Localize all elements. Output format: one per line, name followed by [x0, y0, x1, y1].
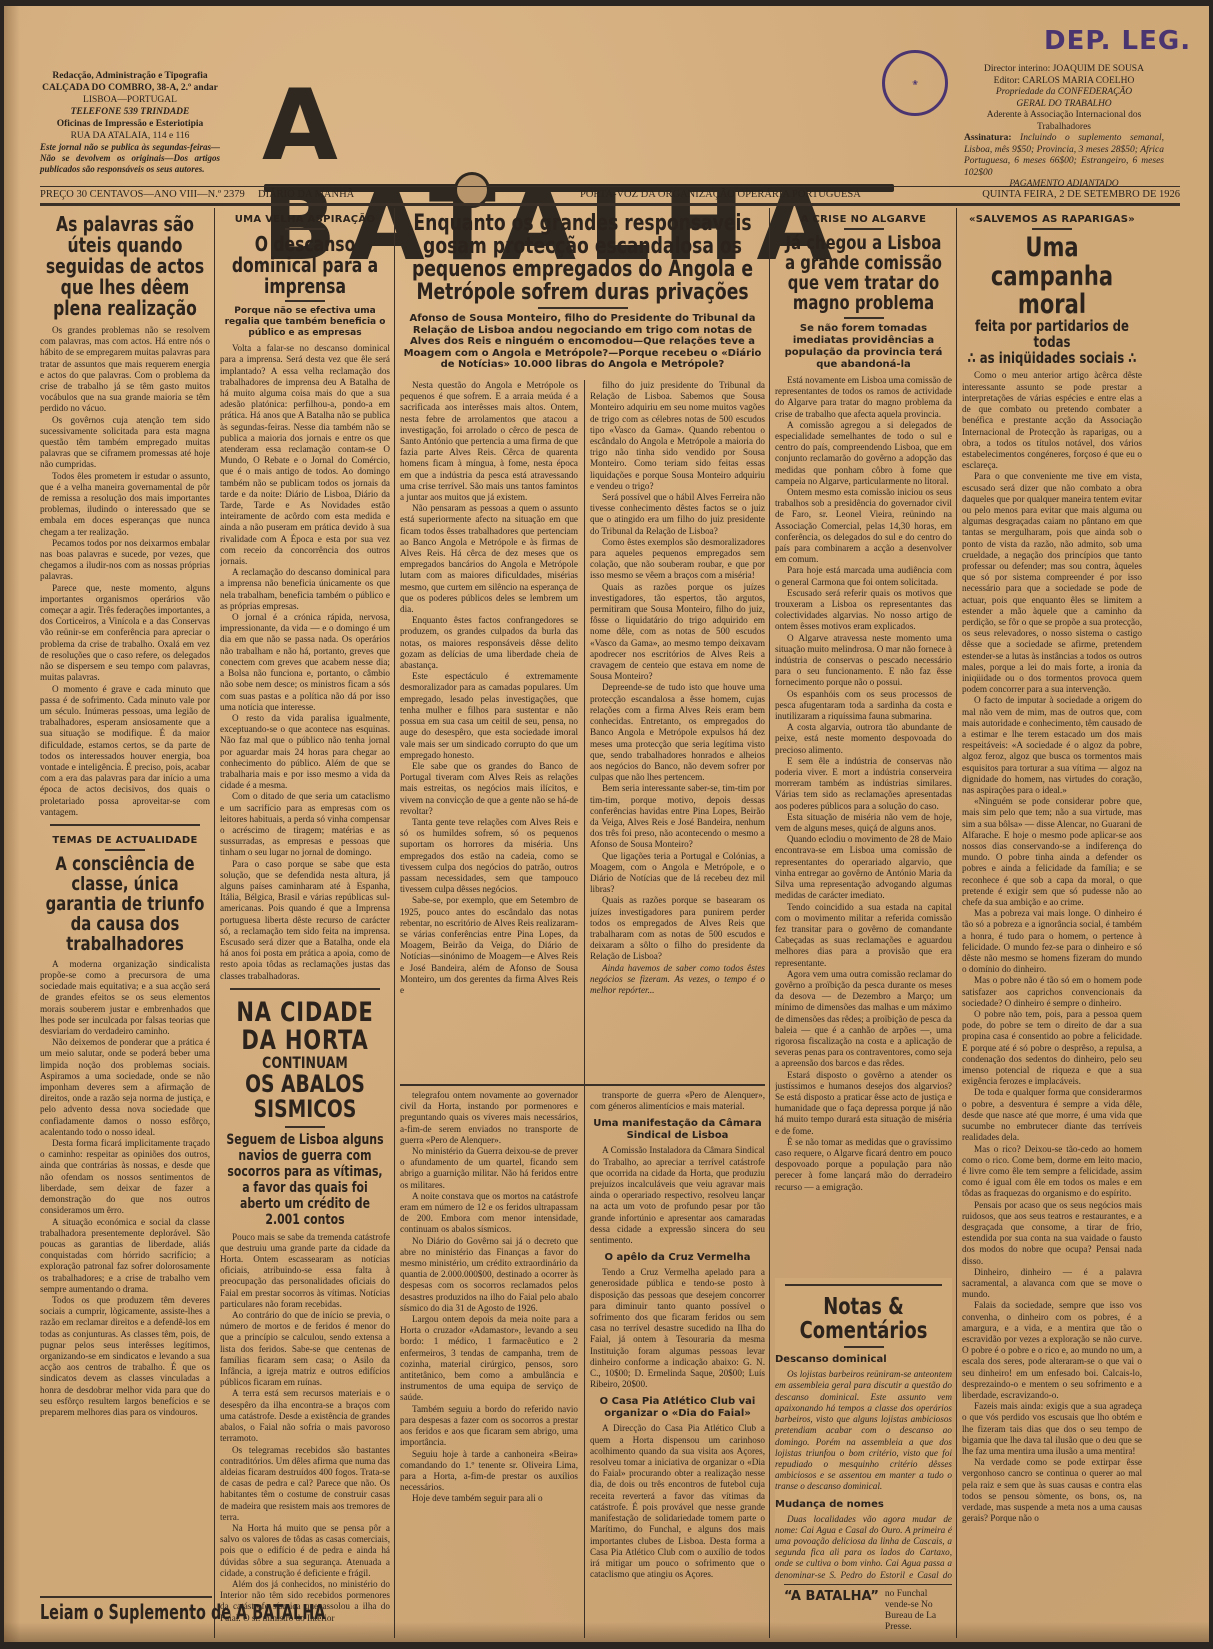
body-paragraph: Falais da sociedade, sempre que isso vos…: [962, 1300, 1142, 1401]
section-title: Notas & Comentários: [779, 1295, 948, 1343]
body-paragraph: E sem êle a indústria de conservas não p…: [775, 756, 952, 812]
body-paragraph: Hoje deve também seguir para ali o: [400, 1493, 578, 1504]
subheadline: ∴ as iniqüidades sociais ∴: [966, 351, 1138, 367]
body-paragraph: Os grandes problemas não se resolvem com…: [40, 325, 210, 415]
imprint-workshop-address: RUA DA ATALAIA, 114 e 116: [40, 130, 220, 142]
body-paragraph: Está novamente em Lisboa uma comissão de…: [775, 375, 952, 420]
subheading: Uma manifestação da Câmara Sindical de L…: [590, 1118, 765, 1142]
body-paragraph: A situação económica e social da classe …: [40, 1217, 210, 1295]
body-paragraph: Será possível que o hábil Alves Ferreira…: [590, 492, 765, 537]
separator: [844, 317, 884, 319]
headline: Enquanto os grandes responsaveis gosam p…: [409, 212, 756, 304]
separator: [844, 228, 884, 230]
editor-name: Editor: CARLOS MARIA COELHO: [964, 76, 1164, 88]
body-paragraph: No Diário do Govêrno sai já o decreto qu…: [400, 1236, 578, 1314]
body-paragraph: filho do juiz presidente do Tribunal da …: [590, 380, 765, 492]
body-paragraph: Este espectáculo é extremamente desmoral…: [400, 671, 578, 761]
kicker: «SALVEMOS AS RAPARIGAS»: [962, 214, 1142, 225]
ornament-rule: [230, 988, 380, 993]
legal-deposit-stamp: DEP. LEG.: [1044, 26, 1191, 56]
body-paragraph: É se não tomar as medidas que o gravíssi…: [775, 1137, 952, 1193]
body-paragraph: Fazeis mais ainda: exigis que a sua agra…: [962, 1401, 1142, 1457]
body-paragraph: A costa algarvia, outrora tão abundante …: [775, 722, 952, 756]
deck: Afonso de Sousa Monteiro, filho do Presi…: [400, 313, 765, 371]
body-paragraph: Todos êles prometem ir estudar o assunto…: [40, 471, 210, 538]
imprint-line: Redacção, Administração e Tipografia: [40, 70, 220, 82]
column-5: «SALVEMOS AS RAPARIGAS» Uma campanha mor…: [962, 208, 1142, 1638]
body-paragraph: Como o meu anterior artigo àcêrca dêste …: [962, 370, 1142, 471]
kicker: TEMAS DE ACTUALIDADE: [40, 835, 210, 846]
column-3c: telegrafou ontem novamente ao governador…: [400, 1090, 578, 1638]
body-paragraph: Ainda havemos de saber como todos êstes …: [590, 963, 765, 997]
deck: Seguem de Lisboa alguns navios de guerra…: [223, 1132, 387, 1228]
imprint-note: Este jornal não se publica às segundas-f…: [40, 142, 220, 175]
price-issue: PREÇO 30 CENTAVOS—ANO VIII—N.º 2379: [40, 189, 245, 200]
body-paragraph: Pecamos todos por nos deixarmos embalar …: [40, 538, 210, 583]
body-paragraph: Não deixemos de ponderar que a prática é…: [40, 1037, 210, 1138]
body-paragraph: A comissão agregou a si delegados de esp…: [775, 420, 952, 487]
page-fold-shadow: [4, 6, 20, 1642]
body-paragraph: Ontem mesmo esta comissão iniciou os seu…: [775, 487, 952, 565]
body-paragraph: O Algarve atravessa neste momento uma si…: [775, 633, 952, 689]
note-title: Mudança de nomes: [775, 1499, 952, 1511]
adherent-line: Aderente à Associação Internacional dos …: [964, 110, 1164, 133]
body-paragraph: Sabe-se, por exemplo, que em Setembro de…: [400, 895, 578, 996]
body-paragraph: O jornal é a crónica rápida, nervosa, im…: [220, 612, 390, 713]
body-paragraph: Seguiu hoje à tarde a canhoneira «Beira»…: [400, 1449, 578, 1494]
body-paragraph: Enquanto êstes factos confrangedores se …: [400, 615, 578, 671]
column-2: UMA VELHA ASPIRAÇÃO O descanso dominical…: [220, 208, 390, 1638]
body-paragraph: Como êstes exemplos são desmoralizadores…: [590, 537, 765, 582]
body-paragraph: Mas o pobre não é tão só em o homem pode…: [962, 975, 1142, 1009]
body-paragraph: A noite constava que os mortos na catást…: [400, 1191, 578, 1236]
note-body: Os lojistas barbeiros reüniram-se anteon…: [775, 1369, 952, 1492]
body-paragraph: Todos os que produzem têm deveres sociai…: [40, 1295, 210, 1418]
body-paragraph: O pobre não tem, pois, para a pessoa que…: [962, 1009, 1142, 1087]
separator: [285, 228, 325, 230]
body-paragraph: Volta a falar-se no descanso dominical p…: [220, 343, 390, 567]
body-paragraph: A terra está sem recursos materiais e o …: [220, 1388, 390, 1444]
ornament-rule: [785, 1284, 942, 1289]
imprint-city: LISBOA—PORTUGAL: [40, 94, 220, 106]
body-paragraph: Além dos já conhecidos, no ministério do…: [220, 1579, 390, 1624]
body-paragraph: Para o caso porque se sabe que esta solu…: [220, 859, 390, 982]
body-paragraph: Quando eclodiu o movimento de 28 de Maio…: [775, 834, 952, 901]
deck: Se não forem tomadas imediatas providênc…: [775, 323, 952, 371]
separator: [105, 849, 145, 851]
subheadline-text: as iniqüidades sociais: [980, 349, 1124, 367]
body-paragraph: Para hoje está marcada uma audiência com…: [775, 565, 952, 587]
body-paragraph: Desta forma ficará implicitamente traçad…: [40, 1138, 210, 1216]
body-paragraph: Tendo coincidido a sua estada na capital…: [775, 902, 952, 969]
deck: Porque não se efectiva uma regalia que t…: [220, 306, 390, 339]
separator: [285, 1126, 325, 1128]
body-paragraph: O facto de imputar à sociedade a origem …: [962, 695, 1142, 796]
column-3b: filho do juiz presidente do Tribunal da …: [590, 380, 765, 1080]
body-paragraph: Estará disposto o govêrno a atender os j…: [775, 1070, 952, 1137]
imprint-phone: TELEFONE 539 TRINDADE: [40, 106, 220, 118]
body-paragraph: Mas o rico? Deixou-se tão-cedo ao homem …: [962, 1144, 1142, 1200]
column-rule: [394, 208, 395, 1638]
body-paragraph: A reclamação do descanso dominical para …: [220, 567, 390, 612]
body-paragraph: Não pensaram as pessoas a quem o assunto…: [400, 503, 578, 615]
body-paragraph: Dinheiro, dinheiro — é a palavra sacrame…: [962, 1267, 1142, 1301]
body-paragraph: Parece que, neste momento, alguns import…: [40, 583, 210, 684]
body-paragraph: Com o ditado de que seria um cataclismo …: [220, 791, 390, 858]
body-paragraph: De toda e qualquer forma que considerarm…: [962, 1087, 1142, 1143]
headline: NA CIDADE DA HORTA: [223, 999, 387, 1056]
headline: O descanso dominical para a imprensa: [223, 234, 387, 297]
headline: OS ABALOS SISMICOS: [223, 1072, 387, 1122]
body-paragraph: Também seguiu a bordo do referido navio …: [400, 1404, 578, 1449]
issue-date: QUINTA FEIRA, 2 DE SETEMBRO DE 1926: [982, 189, 1180, 200]
body-paragraph: transporte de guerra «Pero de Alenquer»,…: [590, 1090, 765, 1112]
headline: Uma campanha moral: [966, 234, 1138, 319]
body-paragraph: telegrafou ontem novamente ao governador…: [400, 1090, 578, 1146]
promo-text: Leiam o Suplemento de A BATALHA: [40, 1600, 164, 1624]
body-paragraph: Quais as razões porque os juízes investi…: [590, 582, 765, 683]
masthead: A BATALHA: [254, 76, 894, 186]
separator: [1032, 228, 1072, 230]
separator: [285, 300, 325, 302]
dateline-bar: PREÇO 30 CENTAVOS—ANO VIII—N.º 2379 DIÁR…: [40, 186, 1180, 206]
body-paragraph: «Ninguém se pode considerar pobre que, m…: [962, 796, 1142, 908]
column-3d: transporte de guerra «Pero de Alenquer»,…: [590, 1090, 765, 1638]
body-paragraph: A Comissão Instaladora da Câmara Sindica…: [590, 1145, 765, 1246]
ornament-rule: [50, 824, 200, 829]
headline: Já chegou a Lisboa a grande comissão que…: [779, 234, 948, 314]
ornament-icon: ∴: [968, 349, 980, 367]
column-rule: [769, 208, 770, 1638]
body-paragraph: Mas a pobreza vai mais longe. O dinheiro…: [962, 908, 1142, 975]
owner-line1: Propriedade da CONFEDERAÇÃO: [964, 87, 1164, 99]
body-paragraph: Quais as razões porque se basearam os ju…: [590, 895, 765, 962]
supplement-promo: Leiam o Suplemento de A BATALHA: [40, 1596, 212, 1624]
body-paragraph: No ministério da Guerra deixou-se de pre…: [400, 1146, 578, 1191]
body-paragraph: Os telegramas recebidos são bastantes co…: [220, 1445, 390, 1523]
body-paragraph: A moderna organização sindicalista propõ…: [40, 959, 210, 1037]
kicker: A CRISE NO ALGARVE: [775, 214, 952, 225]
body-paragraph: Nesta questão do Angola e Metrópole os p…: [400, 380, 578, 503]
body-paragraph: Esta situação de miséria não vem de hoje…: [775, 812, 952, 834]
ornament-icon: ∴: [1124, 349, 1136, 367]
column-3-header: Enquanto os grandes responsaveis gosam p…: [400, 208, 765, 375]
page-bottom-shadow: [4, 1622, 1209, 1642]
imprint-address: CALÇADA DO COMBRO, 38-A, 2.º andar: [40, 82, 220, 94]
body-paragraph: Na verdade como se pode extirpar êsse ve…: [962, 1457, 1142, 1524]
owner-line2: GERAL DO TRABALHO: [964, 99, 1164, 111]
body-paragraph: Agora vem uma outra comissão reclamar do…: [775, 969, 952, 1070]
body-paragraph: Tendo a Cruz Vermelha apelado para a gen…: [590, 1267, 765, 1390]
body-paragraph: O momento é grave e cada minuto que pass…: [40, 684, 210, 818]
imprint-workshop: Oficinas de Impressão e Esteriotipia: [40, 118, 220, 130]
column-1: As palavras são úteis quando seguidas de…: [40, 208, 210, 1638]
body-paragraph: Na Horta há muito que se pensa pôr a sal…: [220, 1523, 390, 1579]
ad-name: “A BATALHA”: [784, 1589, 879, 1604]
headline: As palavras são úteis quando seguidas de…: [43, 214, 207, 319]
horizontal-rule: [400, 1084, 765, 1086]
body-paragraph: Tanta gente teve relações com Alves Reis…: [400, 817, 578, 895]
separator: [538, 307, 628, 309]
body-paragraph: O resto da vida paralisa igualmente, exc…: [220, 713, 390, 791]
note-body: Duas localidades vão agora mudar de nome…: [775, 1514, 952, 1578]
tagline-right: PORTA-VOZ DA ORGANIZAÇÃO OPERÁRIA PORTUG…: [580, 189, 861, 200]
body-paragraph: Largou ontem depois da meia noite para a…: [400, 1314, 578, 1404]
subheading: O apêlo da Cruz Vermelha: [590, 1252, 765, 1264]
headline: A consciência de classe, única garantia …: [43, 855, 207, 955]
column-3a: Nesta questão do Angola e Metrópole os p…: [400, 380, 578, 1080]
body-paragraph: Que ligações teria a Portugal e Colónias…: [590, 851, 765, 896]
body-paragraph: Ao contrário do que de início se previa,…: [220, 1310, 390, 1388]
body-paragraph: A Direcção do Casa Pia Atlético Club a q…: [590, 1423, 765, 1580]
body-paragraph: Bem seria interessante saber-se, tim-tim…: [590, 783, 765, 850]
kicker: UMA VELHA ASPIRAÇÃO: [220, 214, 390, 225]
body-paragraph: Os espanhóis com os seus processos de pe…: [775, 689, 952, 723]
column-rule: [214, 208, 215, 1638]
body-paragraph: Para o que conveniente me tive em vista,…: [962, 471, 1142, 695]
column-rule: [956, 208, 957, 1638]
body-paragraph: Pensais por acaso que os seus negócios m…: [962, 1200, 1142, 1267]
body-paragraph: Ele sabe que os grandes do Banco de Port…: [400, 761, 578, 817]
separator: [844, 1346, 884, 1348]
body-paragraph: Os govêrnos cuja atenção tem sido sucess…: [40, 415, 210, 471]
body-paragraph: Escusado será referir quais os motivos q…: [775, 588, 952, 633]
body-paragraph: Depreende-se de tudo isto que houve uma …: [590, 682, 765, 783]
subscription-label: Assinatura:: [964, 133, 1012, 143]
tagline-left: DIÁRIO DA MANHÃ: [258, 189, 354, 200]
subheading: O Casa Pia Atlético Club vai organizar o…: [590, 1396, 765, 1420]
column-rule: [584, 380, 585, 1638]
note-title: Descanso dominical: [775, 1354, 952, 1366]
subheadline: feita por partidarios de todas: [966, 319, 1138, 351]
notes-section: Notas & Comentários Descanso dominical O…: [775, 1278, 952, 1578]
newspaper-page: DEP. LEG. ❀ Redacção, Administração e Ti…: [4, 6, 1209, 1642]
imprint-box: Redacção, Administração e Tipografia CAL…: [40, 70, 220, 175]
director-name: Director interino: JOAQUIM DE SOUSA: [964, 64, 1164, 76]
body-paragraph: Pouco mais se sabe da tremenda catástrof…: [220, 1232, 390, 1310]
director-box: Director interino: JOAQUIM DE SOUSA Edit…: [964, 64, 1164, 191]
